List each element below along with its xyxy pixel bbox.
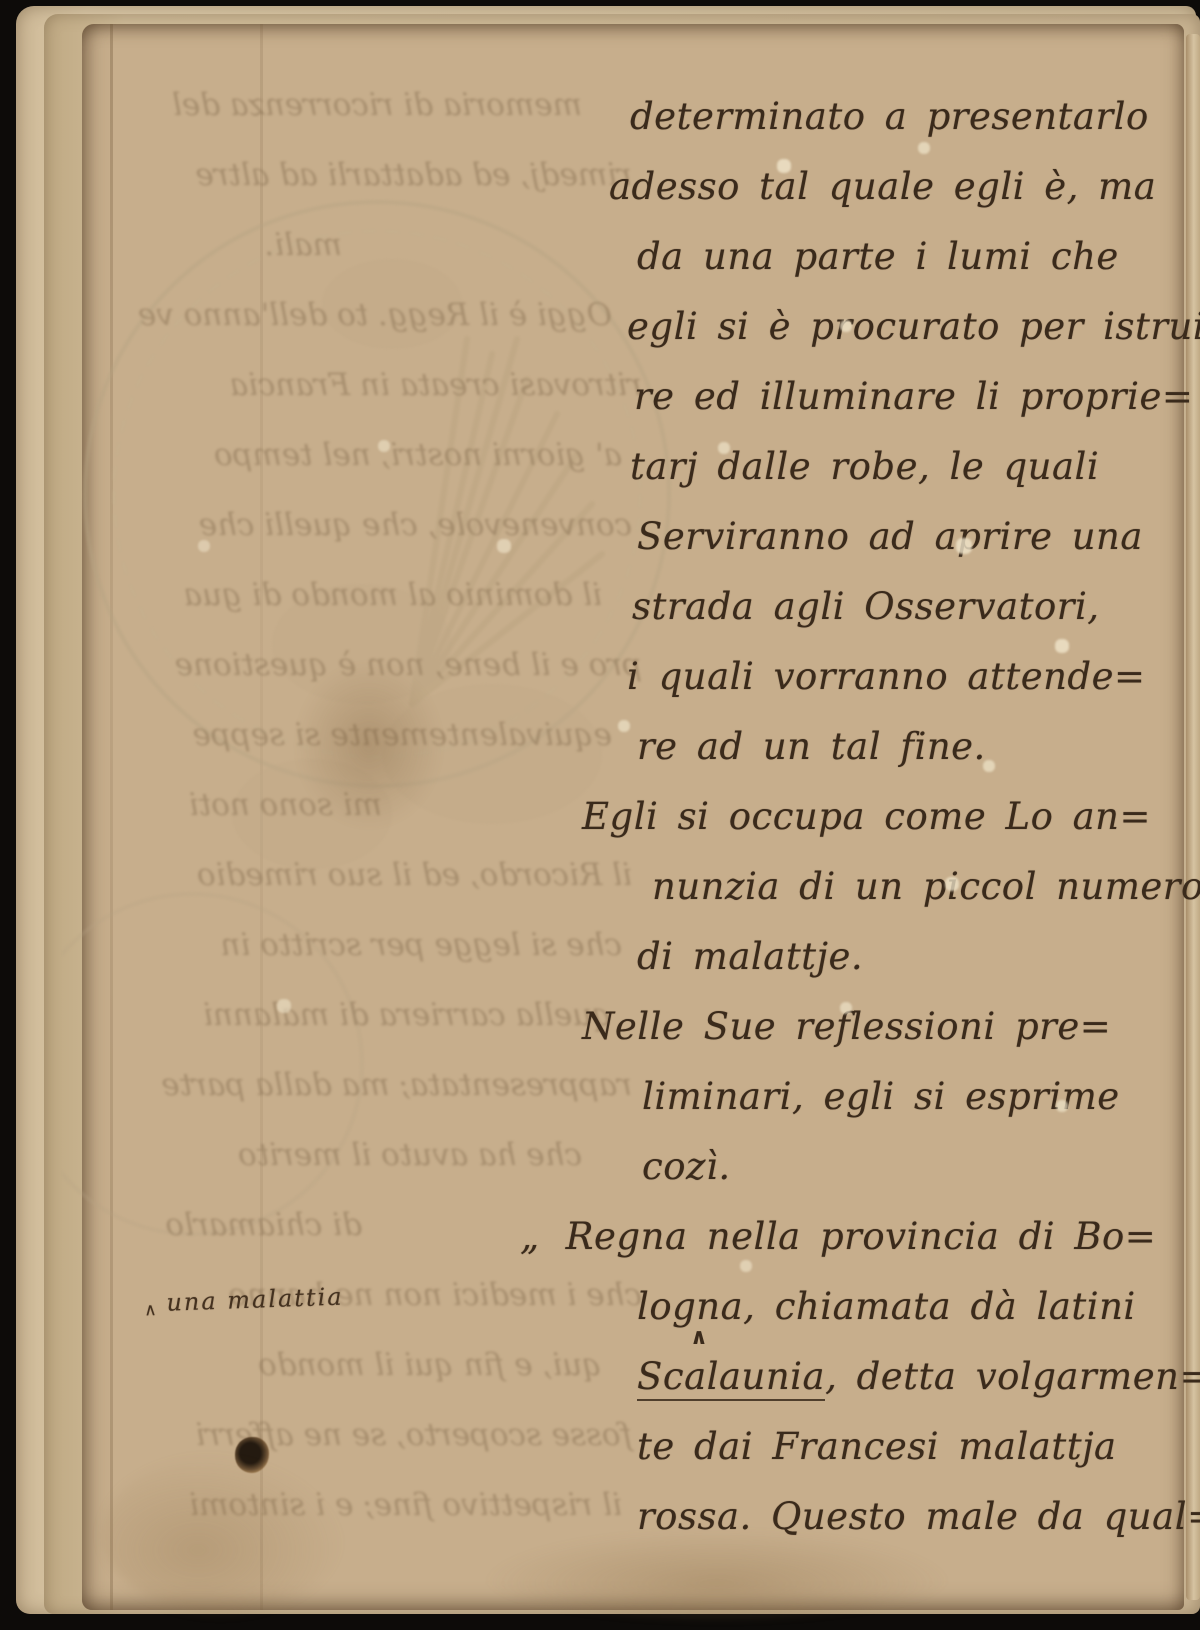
bleedthrough-line: rappresentata; ma dalla parte [94, 1050, 632, 1120]
stain-bottom [482, 1529, 952, 1619]
stain-corner [102, 1454, 342, 1614]
manuscript-page: memoria di ricorrenza del rimedj, ed ada… [82, 24, 1184, 1610]
manuscript-line: re ad un tal fine. [637, 712, 1182, 782]
margin-note-caret-icon: ∧ [144, 1300, 159, 1320]
manuscript-line: Egli si occupa come Lo an= [582, 782, 1182, 852]
bleedthrough-line: a' giorni nostri, nel tempo [94, 420, 622, 490]
manuscript-line: adesso tal quale egli è, ma [609, 152, 1182, 222]
underlined-word: Scalaunia [637, 1355, 825, 1401]
manuscript-line: „Regna nella provincia di Bo= [520, 1202, 1182, 1272]
manuscript-line: re ed illuminare li proprie= [634, 362, 1182, 432]
manuscript-line: i quali vorranno attende= [627, 642, 1182, 712]
manuscript-text: determinato a presentarlo adesso tal qua… [582, 82, 1182, 1552]
manuscript-line: determinato a presentarlo [630, 82, 1182, 152]
bleedthrough-line: ritrovasi creata in Francia [94, 350, 642, 420]
manuscript-line: nunzia di un piccol numero [652, 852, 1182, 922]
manuscript-line: Nelle Sue reflessioni pre= [582, 992, 1182, 1062]
manuscript-line: strada agli Osservatori, [632, 572, 1182, 642]
manuscript-line: liminari, egli si esprime [642, 1062, 1182, 1132]
bleedthrough-line: di chiamarlo [94, 1190, 362, 1260]
bleedthrough-line: rimedj, ed adattarli ad altre [94, 140, 632, 210]
bleedthrough-line: mali. [94, 210, 342, 280]
line-rest: , detta volgarmen= [825, 1355, 1200, 1398]
bleedthrough-line: il dominio al mondo di gua [94, 560, 602, 630]
bleedthrough-line: qui, e fin qui il mondo [94, 1330, 602, 1400]
manuscript-line: egli si è procurato per istrui= [627, 292, 1182, 362]
bleedthrough-line: memoria di ricorrenza del [94, 70, 582, 140]
quoted-text: Regna nella provincia di Bo= [566, 1215, 1157, 1258]
insertion-caret-icon: ∧ [690, 1324, 708, 1350]
bleedthrough-line: convenevole, che quelli che [94, 490, 632, 560]
manuscript-line: di malattje. [637, 922, 1182, 992]
manuscript-line: tarj dalle robe, le quali [630, 432, 1182, 502]
quote-mark: „ [520, 1215, 540, 1258]
manuscript-line: logna, chiamata dà latini [637, 1272, 1182, 1342]
bleedthrough-line: che si legge per scritto in [94, 910, 622, 980]
stain-smudge [294, 660, 444, 830]
bleedthrough-line: il Ricordo, ed il suo rimedio [94, 840, 632, 910]
bleedthrough-line: Oggi è il Regg. to dell'anno ve [94, 280, 612, 350]
manuscript-line: cozì. [642, 1132, 1182, 1202]
manuscript-line: da una parte i lumi che [637, 222, 1182, 292]
paper-specks [82, 24, 86, 28]
manuscript-line: te dai Francesi malattja [637, 1412, 1182, 1482]
margin-note-text: una malattia [166, 1283, 344, 1317]
bleedthrough-line: quella carriera di malanni [94, 980, 612, 1050]
manuscript-line: Serviranno ad aprire una [637, 502, 1182, 572]
bleedthrough-line: che ha avuto il merito [94, 1120, 582, 1190]
manuscript-line: Scalaunia, detta volgarmen= [637, 1342, 1182, 1412]
